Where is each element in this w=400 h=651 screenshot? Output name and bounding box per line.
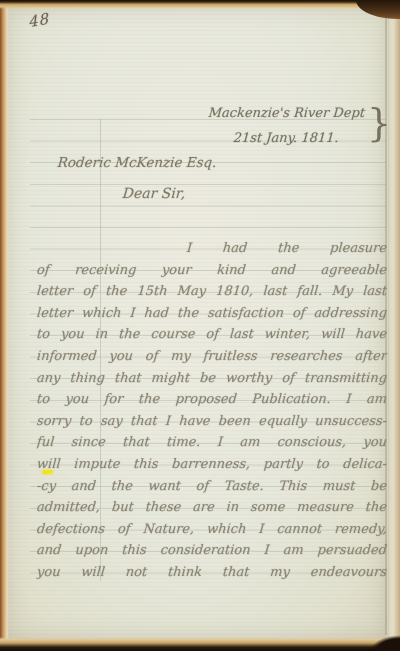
body-line: of receiving your kind and agreeable (36, 260, 388, 282)
folio-number: 48 (29, 9, 51, 31)
body-line: admitted, but these are in some measure … (36, 497, 388, 519)
body-line: will impute this barrenness, partly to d… (36, 454, 388, 476)
body-line: I had the pleasure (36, 238, 388, 260)
dateline-place: Mackenzie's River Dept (208, 106, 366, 121)
body-line: letter which I had the satisfaction of a… (36, 303, 388, 325)
body-line: you will not think that my endeavours (36, 562, 388, 584)
body-line: defections of Nature, which I cannot rem… (36, 519, 388, 541)
body-line: sorry to say that I have been equally un… (36, 411, 388, 433)
book-edge-bottom (0, 637, 400, 651)
manuscript-book-photo: 48 Mackenzie's River Dept } 21st Jany. 1… (0, 0, 400, 651)
body-line: any thing that might be worthy of transm… (36, 368, 388, 390)
salutation-line: Dear Sir, (122, 186, 186, 202)
body-line: to you in the course of last winter, wil… (36, 324, 388, 346)
body-line: ful since that time. I am conscious, you (36, 432, 388, 454)
body-line: informed you of my fruitless researches … (36, 346, 388, 368)
letter-body: I had the pleasure of receiving your kin… (36, 238, 386, 584)
body-line: -cy and the want of Taste. This must be (36, 476, 388, 498)
dateline-brace-icon: } (367, 101, 391, 145)
addressee-line: Roderic McKenzie Esq. (57, 155, 217, 171)
body-line: letter of the 15th May 1810, last fall. … (36, 281, 388, 303)
body-line: to you for the proposed Publication. I a… (36, 389, 388, 411)
dateline-date: 21st Jany. 1811. (233, 131, 339, 146)
book-edge-top (0, 0, 400, 9)
binding-edge-left (0, 0, 9, 651)
body-line: and upon this consideration I am persuad… (36, 540, 388, 562)
shadow-corner-bottom-right (370, 635, 400, 651)
